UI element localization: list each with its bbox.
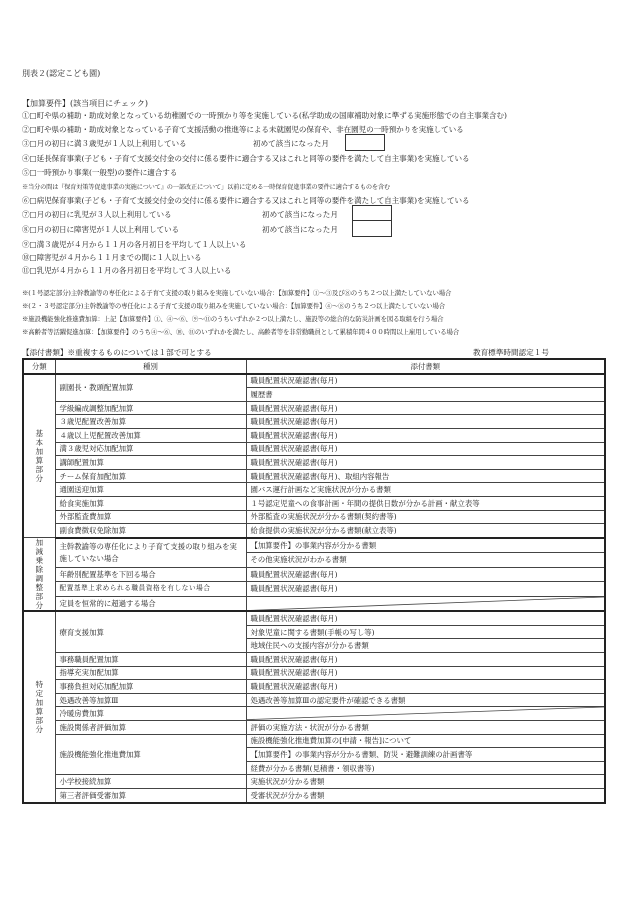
diagonal-slash-icon xyxy=(247,707,605,720)
requirement-item-10[interactable]: ⑩□障害児が４月から１１月までの間に１人以上いる xyxy=(22,252,201,263)
table-row: 小学校接続加算実施状況が分かる書類 xyxy=(23,775,605,789)
requirement-item-4[interactable]: ④□延長保育事業(子ども・子育て支援交付金の交付に係る要件に適合する又はこれと同… xyxy=(22,153,469,164)
certification-label: 教育標準時間認定１号 xyxy=(473,347,549,358)
attachments-table: 分類 種別 添付書類 基本加算部分 副園長・教頭配置加算 職員配置状況確認書(毎… xyxy=(22,358,606,804)
table-row: 冷暖房費加算 xyxy=(23,707,605,721)
type-cell: 小学校接続加算 xyxy=(55,775,246,789)
table-row: 配置基準上求められる職員資格を有しない場合職員配置状況確認書(毎月) xyxy=(23,582,605,596)
requirements-heading: 【加算要件】(該当項目にチェック) xyxy=(22,98,148,109)
type-cell: 年齢別配置基準を下回る場合 xyxy=(55,567,246,581)
table-row: 事務職員配置加算職員配置状況確認書(毎月) xyxy=(23,653,605,667)
item-text: □一時預かり事業(一般型)の要件に適合する xyxy=(30,168,178,177)
footnote-1: ※(１号認定部分)主幹教諭等の専任化による子育て支援の取り組みを実施していない場… xyxy=(22,288,451,297)
table-row: 特定加算部分 療育支援加算 職員配置状況確認書(毎月) xyxy=(23,611,605,625)
table-row: 施設関係者評価加算評価の実施方法・状況が分かる書類 xyxy=(23,720,605,734)
item-text: □月の初日に障害児が１人以上利用している xyxy=(30,225,179,234)
diagonal-slash-icon xyxy=(247,597,605,611)
doc-cell: 給食提供の実施状況が分かる書類(献立表等) xyxy=(246,524,605,538)
type-cell: 施設関係者評価加算 xyxy=(55,720,246,734)
type-cell: 療育支援加算 xyxy=(55,611,246,652)
type-cell: 事務負担対応加配加算 xyxy=(55,680,246,694)
type-cell: チーム保育加配加算 xyxy=(55,469,246,483)
requirement-note: ※当分の間は『保育対策等促進事業の実施について』の一部改正について」以前に定める… xyxy=(22,182,390,191)
doc-cell-blank xyxy=(246,596,605,611)
table-row: 外部監査費加算外部監査の実施状況が分かる書類(契約書等) xyxy=(23,510,605,524)
doc-cell: 評価の実施方法・状況が分かる書類 xyxy=(246,720,605,734)
item-text: □乳児が４月から１１月の各月初日を平均して３人以上いる xyxy=(30,266,232,275)
item-number: ⑪ xyxy=(22,266,30,275)
item-number: ② xyxy=(22,125,30,134)
doc-cell: 職員配置状況確認書(毎月) xyxy=(246,428,605,442)
table-row: 学級編成調整加配加算職員配置状況確認書(毎月) xyxy=(23,401,605,415)
table-row: 給食実施加算１号認定児童への食事計画・年間の提供日数が分かる計画・献立表等 xyxy=(23,496,605,510)
item-number: ⑧ xyxy=(22,225,30,234)
type-cell: 講師配置加算 xyxy=(55,456,246,470)
category-specific: 特定加算部分 xyxy=(23,611,55,802)
item-number: ④ xyxy=(22,154,30,163)
type-cell: 指導充実加配加算 xyxy=(55,666,246,680)
doc-cell: 職員配置状況確認書(毎月) xyxy=(246,442,605,456)
type-cell: 副園長・教頭配置加算 xyxy=(55,374,246,402)
doc-cell: 職員配置状況確認書(毎月)、取組内容報告 xyxy=(246,469,605,483)
doc-cell: 施設機能強化推進費加算の[申請・報告]について xyxy=(246,734,605,748)
table-row: 定員を恒常的に超過する場合 xyxy=(23,596,605,611)
requirement-item-3[interactable]: ③□月の初日に満３歳児が１人以上利用している xyxy=(22,138,186,149)
doc-cell: １号認定児童への食事計画・年間の提供日数が分かる計画・献立表等 xyxy=(246,496,605,510)
item-text: □町や県の補助・助成対象となっている幼稚園での一時預かり等を実施している(私学助… xyxy=(30,111,507,120)
doc-cell: 履歴書 xyxy=(246,388,605,402)
doc-cell: 地域住民への支援内容が分かる書類 xyxy=(246,639,605,653)
first-month-label-3: 初めて該当になった月 xyxy=(253,138,329,149)
type-cell: 処遇改善等加算Ⅲ xyxy=(55,693,246,707)
type-cell: 冷暖房費加算 xyxy=(55,707,246,721)
requirement-item-8[interactable]: ⑧□月の初日に障害児が１人以上利用している xyxy=(22,224,179,235)
column-header-type: 種別 xyxy=(55,359,246,374)
doc-cell: 外部監査の実施状況が分かる書類(契約書等) xyxy=(246,510,605,524)
footnote-4: ※高齢者等活躍促進加算：【加算要件】のうち④～⑥、⑩、⑪のいずれかを満たし、高齢… xyxy=(22,327,459,336)
table-row: 講師配置加算職員配置状況確認書(毎月) xyxy=(23,456,605,470)
item-text: □月の初日に乳児が３人以上利用している xyxy=(30,210,172,219)
doc-cell: 実施状況が分かる書類 xyxy=(246,775,605,789)
table-row: 副食費徴収免除加算給食提供の実施状況が分かる書類(献立表等) xyxy=(23,524,605,538)
type-cell: 事務職員配置加算 xyxy=(55,653,246,667)
table-row: 施設機能強化推進費加算 施設機能強化推進費加算の[申請・報告]について xyxy=(23,734,605,748)
doc-cell: 【加算要件】の事業内容が分かる書類、防災・避難訓練の計画書等 xyxy=(246,748,605,762)
item-text: □延長保育事業(子ども・子育て支援交付金の交付に係る要件に適合する又はこれと同等… xyxy=(30,154,470,163)
item-number: ⑥ xyxy=(22,196,30,205)
note-text: 当分の間は『保育対策等促進事業の実施について』の一部改正について」以前に定める一… xyxy=(28,184,390,191)
type-cell: 給食実施加算 xyxy=(55,496,246,510)
type-cell: 外部監査費加算 xyxy=(55,510,246,524)
table-row: 基本加算部分 副園長・教頭配置加算 職員配置状況確認書(毎月) xyxy=(23,374,605,388)
type-cell: 満３歳児対応加配加算 xyxy=(55,442,246,456)
type-cell: 第三者評価受審加算 xyxy=(55,788,246,802)
type-cell: ３歳児配置改善加算 xyxy=(55,415,246,429)
document-title: 別表２(認定こども園) xyxy=(22,68,100,79)
doc-cell: 職員配置状況確認書(毎月) xyxy=(246,653,605,667)
first-month-input-3[interactable] xyxy=(345,134,385,151)
table-header-row: 分類 種別 添付書類 xyxy=(23,359,605,374)
doc-cell: 経費が分かる書類(見積書・領収書等) xyxy=(246,761,605,775)
doc-cell: その他実施状況がわかる書類 xyxy=(246,553,605,567)
column-header-category: 分類 xyxy=(23,359,55,374)
item-number: ① xyxy=(22,111,30,120)
type-cell: 主幹教諭等の専任化により子育て支援の取り組みを実施していない場合 xyxy=(55,538,246,568)
first-month-label-7: 初めて該当になった月 xyxy=(262,209,338,220)
requirement-item-5[interactable]: ⑤□一時預かり事業(一般型)の要件に適合する xyxy=(22,167,177,178)
doc-cell: 職員配置状況確認書(毎月) xyxy=(246,456,605,470)
first-month-input-8[interactable] xyxy=(352,220,392,237)
item-number: ③ xyxy=(22,139,30,148)
type-cell: 配置基準上求められる職員資格を有しない場合 xyxy=(55,582,246,596)
doc-cell: 職員配置状況確認書(毎月) xyxy=(246,680,605,694)
table-row: ４歳以上児配置改善加算職員配置状況確認書(毎月) xyxy=(23,428,605,442)
doc-cell: 受審状況が分かる書類 xyxy=(246,788,605,802)
requirement-item-9[interactable]: ⑨□満３歳児が４月から１１月の各月初日を平均して１人以上いる xyxy=(22,239,246,250)
footnote-2: ※(２・３号認定部分)主幹教諭等の専任化による子育て支援の取り組みを実施していな… xyxy=(22,301,445,310)
doc-cell-blank xyxy=(246,707,605,721)
type-cell: 定員を恒常的に超過する場合 xyxy=(55,596,246,611)
table-row: 満３歳児対応加配加算職員配置状況確認書(毎月) xyxy=(23,442,605,456)
table-row: 処遇改善等加算Ⅲ処遇改善等加算Ⅲの認定要件が確認できる書類 xyxy=(23,693,605,707)
item-number: ⑦ xyxy=(22,210,30,219)
doc-cell: 職員配置状況確認書(毎月) xyxy=(246,567,605,581)
doc-cell: 処遇改善等加算Ⅲの認定要件が確認できる書類 xyxy=(246,693,605,707)
type-cell: ４歳以上児配置改善加算 xyxy=(55,428,246,442)
category-adjustment: 加減乗除調整部分 xyxy=(23,538,55,612)
doc-cell: 対象児童に関する書類(手帳の写し等) xyxy=(246,625,605,639)
doc-cell: 【加算要件】の事業内容が分かる書類 xyxy=(246,538,605,553)
item-number: ⑤ xyxy=(22,168,30,177)
table-row: 指導充実加配加算職員配置状況確認書(毎月) xyxy=(23,666,605,680)
attachments-heading: 【添付書類】※重複するものについては１部で可とする xyxy=(22,347,212,358)
requirement-item-2[interactable]: ②□町や県の補助・助成対象となっている子育て支援活動の推進等による未就園児の保育… xyxy=(22,124,464,135)
doc-cell: 園バス運行計画など実施状況が分かる書類 xyxy=(246,483,605,497)
doc-cell: 職員配置状況確認書(毎月) xyxy=(246,401,605,415)
type-cell: 施設機能強化推進費加算 xyxy=(55,734,246,775)
requirement-item-7[interactable]: ⑦□月の初日に乳児が３人以上利用している xyxy=(22,209,171,220)
item-text: □病児保育事業(子ども・子育て支援交付金の交付に係る要件に適合する又はこれと同等… xyxy=(30,196,470,205)
requirement-item-1[interactable]: ①□町や県の補助・助成対象となっている幼稚園での一時預かり等を実施している(私学… xyxy=(22,110,507,121)
item-text: □月の初日に満３歳児が１人以上利用している xyxy=(30,139,187,148)
column-header-documents: 添付書類 xyxy=(246,359,605,374)
document-page: 別表２(認定こども園) 【加算要件】(該当項目にチェック) ①□町や県の補助・助… xyxy=(0,0,630,903)
doc-cell: 職員配置状況確認書(毎月) xyxy=(246,611,605,625)
doc-cell: 職員配置状況確認書(毎月) xyxy=(246,374,605,388)
table-row: 加減乗除調整部分 主幹教諭等の専任化により子育て支援の取り組みを実施していない場… xyxy=(23,538,605,553)
table-row: 年齢別配置基準を下回る場合職員配置状況確認書(毎月) xyxy=(23,567,605,581)
item-text: □町や県の補助・助成対象となっている子育て支援活動の推進等による未就園児の保育や… xyxy=(30,125,464,134)
type-cell: 学級編成調整加配加算 xyxy=(55,401,246,415)
type-cell: 通園送迎加算 xyxy=(55,483,246,497)
item-text: □満３歳児が４月から１１月の各月初日を平均して１人以上いる xyxy=(30,240,247,249)
requirement-item-6[interactable]: ⑥□病児保育事業(子ども・子育て支援交付金の交付に係る要件に適合する又はこれと同… xyxy=(22,195,469,206)
type-cell: 副食費徴収免除加算 xyxy=(55,524,246,538)
doc-cell: 職員配置状況確認書(毎月) xyxy=(246,582,605,596)
doc-cell: 職員配置状況確認書(毎月) xyxy=(246,666,605,680)
table-row: 通園送迎加算園バス運行計画など実施状況が分かる書類 xyxy=(23,483,605,497)
item-text: □障害児が４月から１１月までの間に１人以上いる xyxy=(30,253,202,262)
footnote-3: ※施設機能強化推進費加算：上記【加算要件】①、④～⑥、⑨～⑪のうちいずれか２つ以… xyxy=(22,314,443,323)
table-row: チーム保育加配加算職員配置状況確認書(毎月)、取組内容報告 xyxy=(23,469,605,483)
item-number: ⑩ xyxy=(22,253,30,262)
requirement-item-11[interactable]: ⑪□乳児が４月から１１月の各月初日を平均して３人以上いる xyxy=(22,265,231,276)
table-row: 第三者評価受審加算受審状況が分かる書類 xyxy=(23,788,605,802)
first-month-label-8: 初めて該当になった月 xyxy=(262,224,338,235)
doc-cell: 職員配置状況確認書(毎月) xyxy=(246,415,605,429)
table-row: ３歳児配置改善加算職員配置状況確認書(毎月) xyxy=(23,415,605,429)
item-number: ⑨ xyxy=(22,240,30,249)
category-basic: 基本加算部分 xyxy=(23,374,55,538)
table-row: 事務負担対応加配加算職員配置状況確認書(毎月) xyxy=(23,680,605,694)
